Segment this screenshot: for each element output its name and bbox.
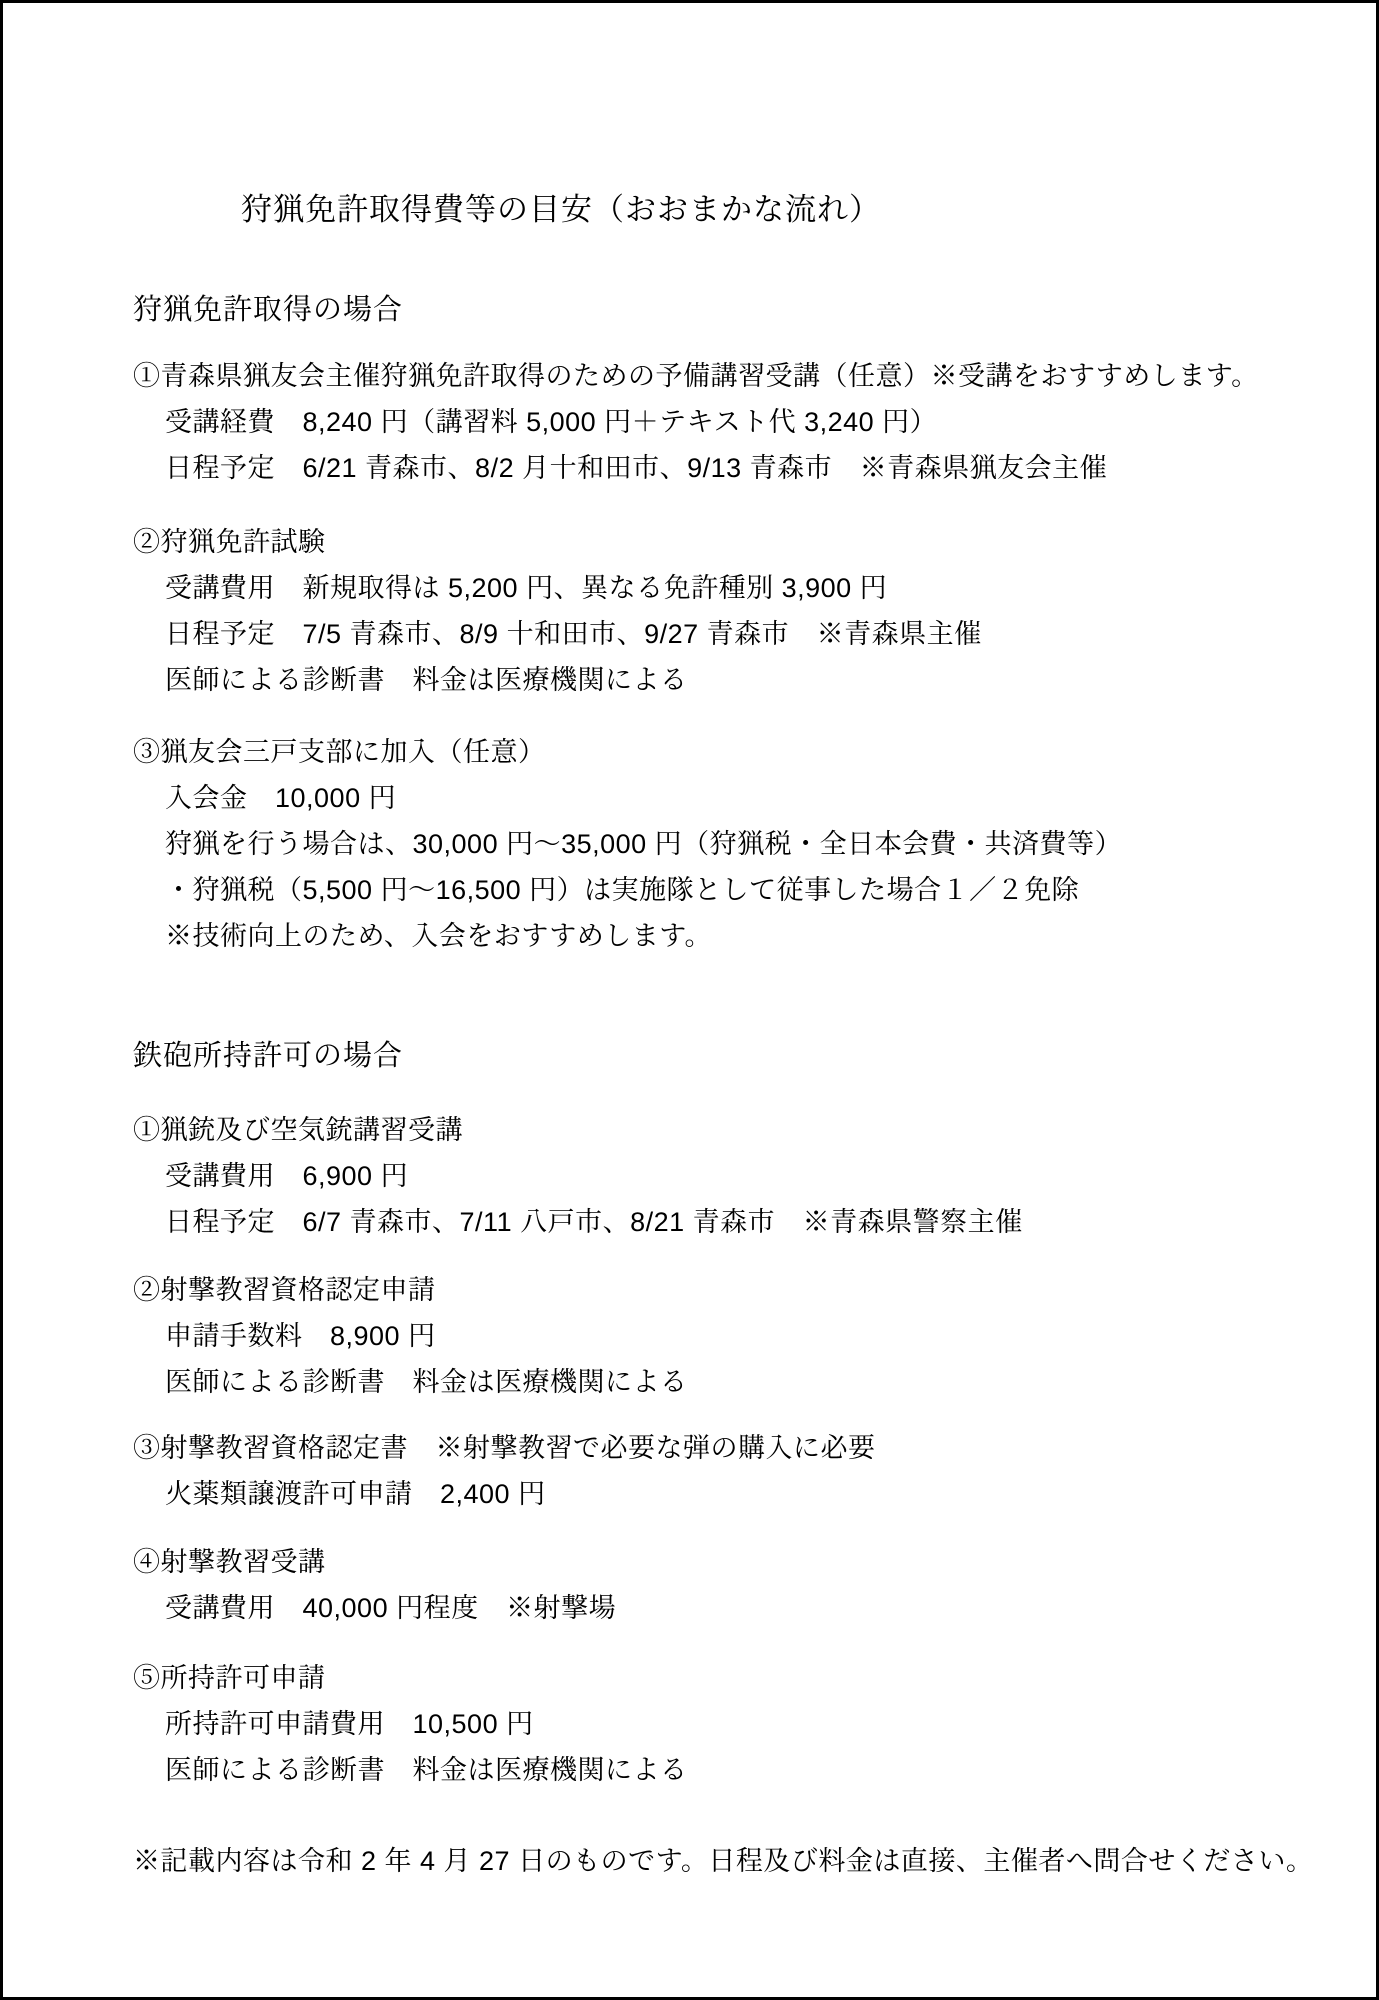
section-heading-hunting-license: 狩猟免許取得の場合 bbox=[133, 287, 1258, 333]
item-title: ①青森県猟友会主催狩猟免許取得のための予備講習受講（任意）※受講をおすすめします… bbox=[133, 353, 1258, 399]
section-gun-possession-permit: 鉄砲所持許可の場合 ①猟銃及び空気銃講習受講 受講費用 6,900 円 日程予定… bbox=[133, 1033, 1258, 1793]
item-line: 受講費用 40,000 円程度 ※射撃場 bbox=[165, 1585, 1258, 1631]
item-line: 申請手数料 8,900 円 bbox=[165, 1313, 1258, 1359]
item-line: 医師による診断書 料金は医療機関による bbox=[165, 657, 1258, 703]
list-item: ①猟銃及び空気銃講習受講 受講費用 6,900 円 日程予定 6/7 青森市、7… bbox=[133, 1107, 1258, 1245]
list-item: ①青森県猟友会主催狩猟免許取得のための予備講習受講（任意）※受講をおすすめします… bbox=[133, 353, 1258, 491]
section-heading-gun-possession: 鉄砲所持許可の場合 bbox=[133, 1033, 1258, 1079]
document-page: 狩猟免許取得費等の目安（おおまかな流れ） 狩猟免許取得の場合 ①青森県猟友会主催… bbox=[0, 0, 1379, 2000]
list-item: ②射撃教習資格認定申請 申請手数料 8,900 円 医師による診断書 料金は医療… bbox=[133, 1267, 1258, 1405]
page-title: 狩猟免許取得費等の目安（おおまかな流れ） bbox=[241, 191, 1258, 229]
item-title: ⑤所持許可申請 bbox=[133, 1655, 1258, 1701]
item-line: 火薬類譲渡許可申請 2,400 円 bbox=[165, 1471, 1258, 1517]
list-item: ③猟友会三戸支部に加入（任意） 入会金 10,000 円 狩猟を行う場合は、30… bbox=[133, 729, 1258, 959]
item-line: 日程予定 6/21 青森市、8/2 月十和田市、9/13 青森市 ※青森県猟友会… bbox=[165, 445, 1258, 491]
item-title: ②狩猟免許試験 bbox=[133, 519, 1258, 565]
item-line: 受講費用 新規取得は 5,200 円、異なる免許種別 3,900 円 bbox=[165, 565, 1258, 611]
item-line: 医師による診断書 料金は医療機関による bbox=[165, 1359, 1258, 1405]
item-line: 入会金 10,000 円 bbox=[165, 775, 1258, 821]
list-item: ⑤所持許可申請 所持許可申請費用 10,500 円 医師による診断書 料金は医療… bbox=[133, 1655, 1258, 1793]
footer-note: ※記載内容は令和 2 年 4 月 27 日のものです。日程及び料金は直接、主催者… bbox=[133, 1841, 1258, 1881]
item-line: ※技術向上のため、入会をおすすめします。 bbox=[165, 913, 1258, 959]
item-line: 医師による診断書 料金は医療機関による bbox=[165, 1747, 1258, 1793]
item-line: ・狩猟税（5,500 円～16,500 円）は実施隊として従事した場合１／２免除 bbox=[165, 867, 1258, 913]
item-line: 日程予定 6/7 青森市、7/11 八戸市、8/21 青森市 ※青森県警察主催 bbox=[165, 1199, 1258, 1245]
item-title: ③射撃教習資格認定書 ※射撃教習で必要な弾の購入に必要 bbox=[133, 1425, 1258, 1471]
list-item: ③射撃教習資格認定書 ※射撃教習で必要な弾の購入に必要 火薬類譲渡許可申請 2,… bbox=[133, 1425, 1258, 1517]
item-title: ②射撃教習資格認定申請 bbox=[133, 1267, 1258, 1313]
item-line: 狩猟を行う場合は、30,000 円～35,000 円（狩猟税・全日本会費・共済費… bbox=[165, 821, 1258, 867]
item-title: ①猟銃及び空気銃講習受講 bbox=[133, 1107, 1258, 1153]
list-item: ②狩猟免許試験 受講費用 新規取得は 5,200 円、異なる免許種別 3,900… bbox=[133, 519, 1258, 703]
item-line: 受講経費 8,240 円（講習料 5,000 円＋テキスト代 3,240 円） bbox=[165, 399, 1258, 445]
list-item: ④射撃教習受講 受講費用 40,000 円程度 ※射撃場 bbox=[133, 1539, 1258, 1631]
item-title: ④射撃教習受講 bbox=[133, 1539, 1258, 1585]
section-hunting-license: 狩猟免許取得の場合 ①青森県猟友会主催狩猟免許取得のための予備講習受講（任意）※… bbox=[133, 287, 1258, 959]
item-title: ③猟友会三戸支部に加入（任意） bbox=[133, 729, 1258, 775]
item-line: 日程予定 7/5 青森市、8/9 十和田市、9/27 青森市 ※青森県主催 bbox=[165, 611, 1258, 657]
item-line: 所持許可申請費用 10,500 円 bbox=[165, 1701, 1258, 1747]
item-line: 受講費用 6,900 円 bbox=[165, 1153, 1258, 1199]
